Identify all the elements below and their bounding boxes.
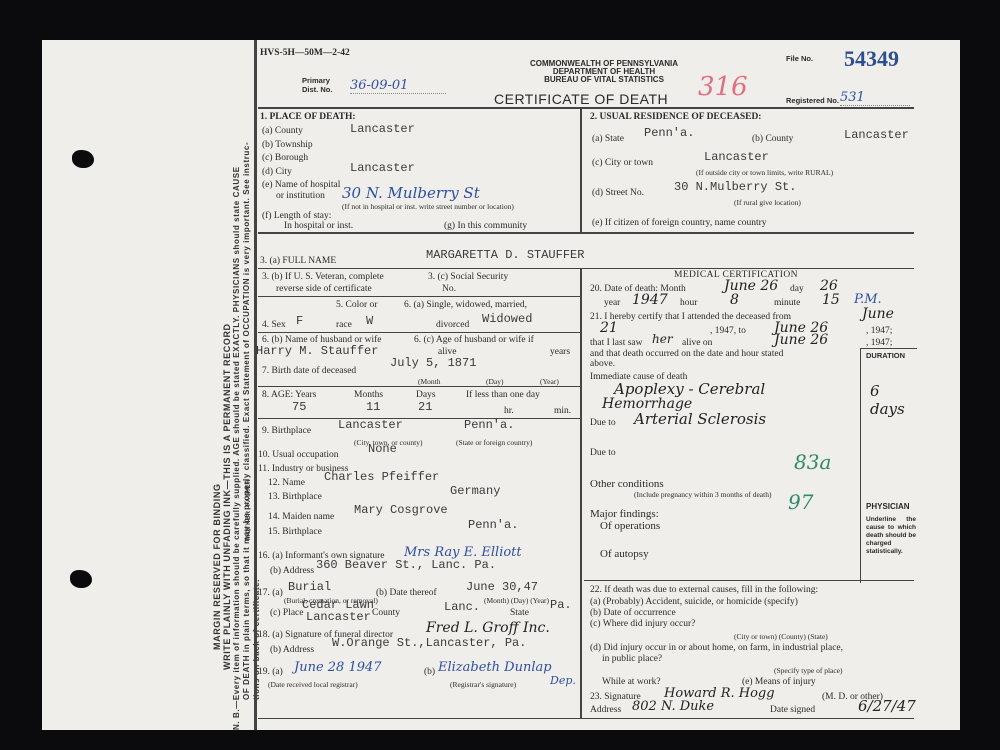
external-c-label: (c) Where did injury occur? (590, 619, 695, 629)
above-label: above. (590, 359, 615, 369)
pod-stay-inst-label: In hospital or inst. (284, 221, 353, 231)
death-hour-label: hour (680, 298, 697, 308)
cemetery-county-label: County (372, 608, 400, 618)
birthplace-state-value: Penn'a. (464, 418, 514, 432)
pod-stay-community-label: (g) In this community (444, 221, 527, 231)
pod-city-value: Lancaster (350, 161, 415, 175)
attended-from-day-value: 21 (600, 320, 618, 336)
age-years-label: 8. AGE: Years (262, 390, 316, 400)
external-causes-label: 22. If death was due to external causes,… (590, 585, 818, 595)
color-label: 5. Color or (336, 300, 377, 310)
res-foreign-label: (e) If citizen of foreign country, name … (592, 218, 767, 228)
certify-label: 21. I hereby certify that I attended the… (590, 312, 791, 322)
due-to-label-2: Due to (590, 448, 616, 458)
ssn-label2: No. (442, 284, 456, 294)
last-saw-pronoun: her (652, 332, 673, 346)
registrar-b-label: (b) (424, 667, 435, 677)
birthplace-note2: (State or foreign country) (456, 438, 532, 447)
mother-bracket-label: MOTHER (246, 510, 252, 540)
age-days-label: Days (416, 390, 436, 400)
veteran-label2: reverse side of certificate (276, 284, 372, 294)
due-to-label-1: Due to (590, 418, 616, 428)
age-hr-label: hr. (504, 406, 514, 416)
write-plainly-text: WRITE PLAINLY WITH UNFADING INK—THIS IS … (222, 323, 232, 670)
operations-label: Of operations (600, 520, 660, 532)
father-birthplace-label: 13. Birthplace (268, 492, 322, 502)
pod-institution-label: or institution (276, 191, 325, 201)
row-divider (258, 296, 580, 297)
death-ampm-value: P.M. (854, 292, 882, 307)
binding-hole-top (72, 150, 94, 168)
cemetery-state-value: Pa. (550, 598, 572, 612)
other-conditions-note: (Include pregnancy within 3 months of de… (634, 490, 771, 499)
sex-value: F (296, 314, 303, 328)
registrar-date-value: June 28 1947 (294, 660, 382, 675)
last-saw-date-value: June 26 (774, 332, 828, 348)
section-divider (258, 232, 914, 234)
left-border (254, 40, 257, 730)
pod-borough-label: (c) Borough (262, 153, 308, 163)
pod-institution-note: (If not in hospital or inst. write stree… (342, 202, 514, 211)
occupation-value: None (368, 442, 397, 456)
other-conditions-label: Other conditions (590, 478, 664, 490)
external-d-label2: in public place? (602, 654, 662, 664)
attended-from-value: June (862, 306, 894, 322)
certificate-title: CERTIFICATE OF DEATH (494, 91, 668, 107)
mother-maiden-label: 14. Maiden name (268, 512, 334, 522)
res-city-value: Lancaster (704, 150, 769, 164)
due-to-value-1: Arterial Sclerosis (634, 410, 766, 428)
pod-stay-label: (f) Length of stay: (262, 211, 331, 221)
external-divider (584, 580, 914, 581)
res-street-label: (d) Street No. (592, 188, 644, 198)
cemetery-state-label: State (510, 608, 529, 618)
birth-value: July 5, 1871 (390, 356, 476, 370)
classification-code-2: 97 (788, 490, 813, 514)
birth-day-note: (Day) (486, 377, 504, 386)
external-d-label: (d) Did injury occur in or about home, o… (590, 643, 843, 653)
mother-birthplace-label: 15. Birthplace (268, 527, 322, 537)
registrar-note1: (Date received local registrar) (268, 680, 358, 689)
duration-value: 6 days (870, 382, 918, 418)
res-street-note: (If rural give location) (734, 198, 801, 207)
age-days-value: 21 (418, 400, 432, 414)
age-months-label: Months (354, 390, 383, 400)
major-findings-label: Major findings: (590, 508, 659, 520)
external-c-note: (City or town) (County) (State) (734, 632, 828, 641)
registered-no-value: 531 (840, 90, 910, 106)
physician-address-value: 802 N. Duke (632, 699, 714, 714)
row-divider (258, 386, 580, 387)
name-divider (258, 268, 914, 269)
father-name-value: Charles Pfeiffer (324, 470, 439, 484)
age-less-label: If less than one day (466, 390, 540, 400)
res-county-label: (b) County (752, 134, 793, 144)
res-state-label: (a) State (592, 134, 624, 144)
residence-heading: 2. USUAL RESIDENCE OF DECEASED: (590, 112, 761, 122)
external-d-note: (Specify type of place) (774, 666, 843, 675)
res-street-value: 30 N.Mulberry St. (674, 180, 796, 194)
mother-birthplace-value: Penn'a. (468, 518, 518, 532)
date-signed-value: 6/27/47 (858, 697, 916, 715)
sex-label: 4. Sex (262, 320, 286, 330)
cemetery-county-value: Lanc. (444, 600, 480, 614)
registrar-label: 19. (a) (258, 667, 283, 677)
registrar-signature: Elizabeth Dunlap (438, 660, 552, 675)
autopsy-label: Of autopsy (600, 548, 649, 560)
alive-on-label: alive on (682, 338, 712, 348)
physician-label: PHYSICIAN (866, 502, 910, 511)
binding-hole-bottom (70, 570, 92, 588)
primary-dist-value: 36-09-01 (350, 78, 446, 94)
disposal-label: 17. (a) (258, 588, 283, 598)
pod-city-label: (d) City (262, 167, 292, 177)
father-name-label: 12. Name (268, 478, 305, 488)
color-label2: race (336, 320, 352, 330)
disposal-date-value: June 30,47 (466, 580, 538, 594)
physician-address-label: Address (590, 705, 621, 715)
disposal-date-label: (b) Date thereof (376, 588, 437, 598)
file-no-value: 54349 (844, 46, 899, 72)
last-saw-year: , 1947; (866, 338, 892, 348)
red-annotation: 316 (698, 72, 748, 102)
death-certificate-form: HVS-5H—50M—2-42 Primary Dist. No. 36-09-… (254, 40, 918, 730)
death-minute-value: 15 (822, 292, 840, 308)
death-year-value: 1947 (632, 292, 668, 308)
nb-instructions-line1: N. B.—Every item of information should b… (232, 166, 241, 730)
attended-from-year: , 1947, to (710, 326, 746, 336)
pod-county-label: (a) County (262, 126, 303, 136)
margin-reserved-text: MARGIN RESERVED FOR BINDING (212, 483, 222, 650)
informant-address-label: (b) Address (270, 566, 314, 576)
funeral-director-address-value: W.Orange St.,Lancaster, Pa. (332, 636, 526, 650)
pod-hospital-label: (e) Name of hospital (262, 180, 340, 190)
issuing-authority: COMMONWEALTH OF PENNSYLVANIA DEPARTMENT … (494, 60, 714, 84)
classification-code-1: 83a (794, 450, 831, 474)
file-no-label: File No. (786, 54, 813, 63)
res-county-value: Lancaster (844, 128, 909, 142)
ssn-label: 3. (c) Social Security (428, 272, 508, 282)
margin-instructions: MARGIN RESERVED FOR BINDING WRITE PLAINL… (150, 40, 250, 730)
informant-address-value: 360 Beaver St., Lanc. Pa. (316, 558, 496, 572)
occurred-label: and that death occurred on the date and … (590, 349, 783, 359)
registered-no-label: Registered No. (786, 96, 839, 105)
row-divider (258, 418, 580, 419)
birthplace-city-value: Lancaster (338, 418, 403, 432)
birth-label: 7. Birth date of deceased (262, 366, 356, 376)
last-saw-label: that I last saw (590, 338, 643, 348)
primary-dist-label: Primary Dist. No. (302, 76, 332, 94)
father-birthplace-value: Germany (450, 484, 500, 498)
birth-year-note: (Year) (540, 377, 559, 386)
funeral-director-signature: Fred L. Groff Inc. (426, 620, 550, 636)
while-at-work-label: While at work? (602, 677, 661, 687)
death-hour-value: 8 (730, 292, 739, 308)
res-state-value: Penn'a. (644, 126, 694, 140)
duration-label: DURATION (866, 351, 905, 360)
physician-note: Underline the cause to which death shoul… (866, 516, 916, 556)
death-year-label: year (604, 298, 620, 308)
registrar-note2: (Registrar's signature) (450, 680, 516, 689)
disposal-value: Burial (288, 580, 331, 594)
pod-institution-value: 30 N. Mulberry St (342, 184, 480, 202)
cemetery-label: (c) Place (270, 608, 304, 618)
marital-label2: divorced (436, 320, 469, 330)
veteran-label: 3. (b) If U. S. Veteran, complete (262, 272, 384, 282)
header-divider (258, 107, 914, 109)
date-signed-label: Date signed (770, 705, 815, 715)
full-name-label: 3. (a) FULL NAME (260, 256, 336, 266)
pod-county-value: Lancaster (350, 122, 415, 136)
spouse-age-unit: years (550, 347, 570, 357)
form-code: HVS-5H—50M—2-42 (260, 48, 350, 58)
age-min-label: min. (554, 406, 571, 416)
pod-township-label: (b) Township (262, 140, 313, 150)
disposal-date-note: (Month) (Day) (Year) (484, 596, 549, 605)
place-of-death-heading: 1. PLACE OF DEATH: (260, 112, 356, 122)
full-name-value: MARGARETTA D. STAUFFER (426, 248, 584, 262)
col-divider-main (580, 268, 582, 718)
occupation-label: 10. Usual occupation (258, 450, 338, 460)
attended-to-year: , 1947; (866, 326, 892, 336)
external-b-label: (b) Date of occurrence (590, 608, 676, 618)
bottom-border (258, 718, 914, 719)
age-years-value: 75 (292, 400, 306, 414)
father-bracket-label: FATHER (246, 479, 252, 506)
res-city-label: (c) City or town (592, 158, 653, 168)
registrar-dep: Dep. (550, 674, 576, 687)
marital-value: Widowed (482, 312, 532, 326)
row-divider (258, 332, 580, 333)
death-minute-label: minute (774, 298, 800, 308)
funeral-director-address-label: (b) Address (270, 645, 314, 655)
mother-maiden-value: Mary Cosgrove (354, 503, 448, 517)
color-value: W (366, 314, 373, 328)
cemetery-city-value: Lancaster (306, 610, 371, 624)
age-months-value: 11 (366, 400, 380, 414)
nb-instructions-line2: OF DEATH in plain terms, so that it may … (242, 142, 251, 700)
birth-month-note: (Month (418, 377, 441, 386)
death-day-label: day (790, 284, 804, 294)
spouse-age-label: 6. (c) Age of husband or wife if (414, 335, 534, 345)
col-divider-top (580, 109, 582, 232)
res-city-note: (If outside city or town limits, write R… (696, 168, 833, 177)
external-a-label: (a) (Probably) Accident, suicide, or hom… (590, 597, 798, 607)
spouse-value: Harry M. Stauffer (256, 344, 378, 358)
birthplace-label: 9. Birthplace (262, 426, 311, 436)
marital-label: 6. (a) Single, widowed, married, (404, 300, 527, 310)
